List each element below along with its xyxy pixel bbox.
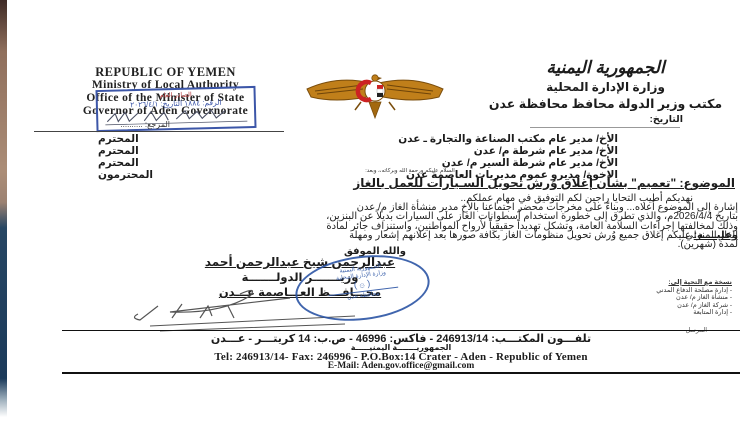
footer-top-rule — [62, 330, 740, 331]
subject-line: الموضوع: "تعميم" بشأن إغلاق وُرش تحويل ا… — [150, 176, 735, 190]
letterhead-country-en: REPUBLIC OF YEMEN — [38, 66, 293, 79]
recipient-row: الأخ/ مدير عام مكتب الصناعة والتجارة ـ ع… — [98, 134, 618, 145]
recipient-name: الأخ/ مدير عام مكتب الصناعة والتجارة ـ ع… — [398, 134, 618, 145]
letterhead-country-ar: الجمهورية اليمنية — [473, 58, 738, 78]
footer-email: E-Mail: Aden.gov.office@gmail.com — [62, 361, 740, 371]
date-label: التاريخ: — [473, 114, 738, 125]
footer-bottom-rule — [62, 372, 740, 374]
copy-item: - منشأة الغاز م/ عدن — [582, 294, 732, 302]
letterhead-underline — [34, 131, 284, 132]
copy-item: - شركة الغاز م/ عدن — [582, 302, 732, 310]
recipient-honorific: المحترمون — [98, 170, 153, 181]
recipients-list: الأخ/ مدير عام مكتب الصناعة والتجارة ـ ع… — [98, 134, 618, 182]
recipient-honorific: المحترم — [98, 134, 139, 145]
scanned-official-letter: REPUBLIC OF YEMEN Ministry of Local Auth… — [0, 0, 750, 430]
recipient-honorific: المحترم — [98, 158, 139, 169]
letterhead-ministry-ar: وزارة الإدارة المحلية — [473, 80, 738, 94]
recipient-honorific: المحترم — [98, 146, 139, 157]
recipient-row: الأخ/ مدير عام شرطة م/ عدن المحترم — [98, 146, 618, 157]
greeting-line: السلام عليكم ورحمة الله وبركاته،، وبعد: — [300, 168, 520, 174]
letterhead-arabic: الجمهورية اليمنية وزارة الإدارة المحلية … — [473, 58, 738, 125]
copy-item: - إدارة مصلحة الدفاع المدني — [582, 287, 732, 295]
yemen-eagle-emblem — [305, 72, 445, 129]
scan-edge-strip — [0, 0, 7, 430]
ref-line: المرجع: .......... — [40, 120, 170, 129]
copy-item: - إدارة المتابعة — [582, 309, 732, 317]
letterhead-office-ar: مكتب وزير الدولة محافظ محافظة عدن — [473, 96, 738, 111]
date-blank-line — [530, 127, 680, 128]
copy-distribution-list: نسخة مع التحية إلى: - إدارة مصلحة الدفاع… — [582, 279, 732, 334]
copies-title: نسخة مع التحية إلى: — [582, 279, 732, 287]
recipient-name: الأخ/ مدير عام شرطة م/ عدن — [474, 146, 618, 157]
directive-text: عليكم إغلاق جميع وُرش تحويل منظومات الغا… — [349, 230, 694, 241]
